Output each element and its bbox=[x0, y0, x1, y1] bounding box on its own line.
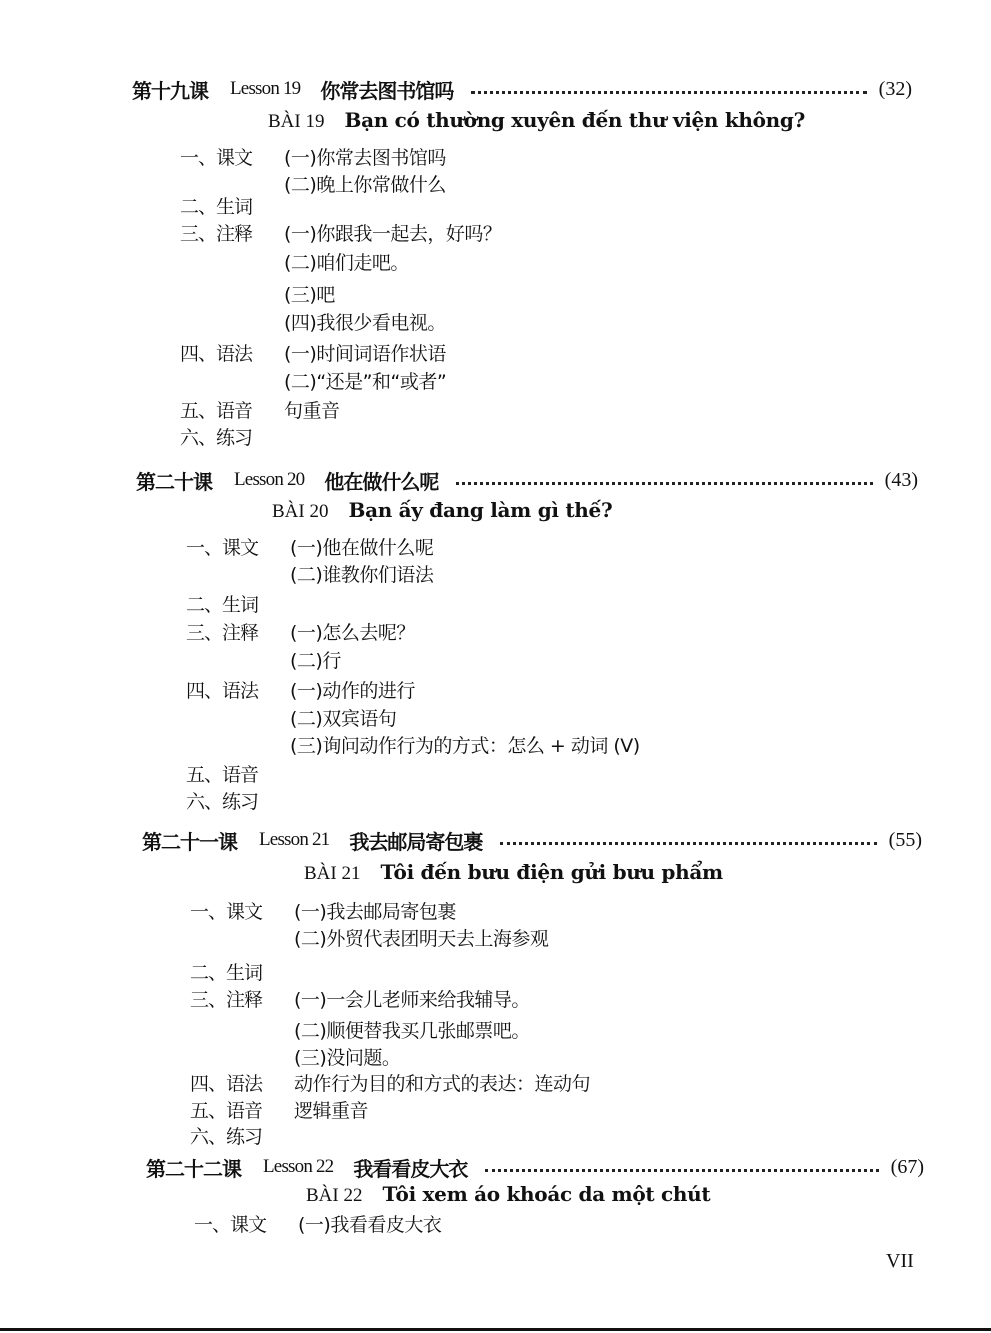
toc-row: (三)吧 bbox=[284, 280, 335, 307]
section-item: (一)动作的进行 bbox=[290, 676, 415, 703]
page-edge-border bbox=[0, 1328, 991, 1331]
toc-row: 三、注释(一)怎么去呢？ bbox=[186, 618, 415, 645]
toc-row: 一、课文(一)你常去图书馆吗 bbox=[180, 143, 446, 170]
page-number: VII bbox=[886, 1250, 914, 1273]
section-item: (一)你跟我一起去，好吗？ bbox=[284, 219, 501, 246]
lesson-heading[interactable]: 第二十一课 Lesson 21 我去邮局寄包裹 (55) bbox=[142, 825, 922, 855]
section-item: (一)一会儿老师来给我辅导。 bbox=[294, 985, 530, 1012]
dot-leader bbox=[471, 91, 866, 94]
dot-leader bbox=[456, 482, 872, 485]
section-label: 二、生词 bbox=[190, 958, 294, 985]
page-reference[interactable]: (32) bbox=[879, 78, 912, 101]
bai-label: BÀI 21 bbox=[304, 863, 360, 885]
toc-row: 四、语法动作行为目的和方式的表达：连动句 bbox=[190, 1069, 590, 1096]
toc-row: (二)咱们走吧。 bbox=[284, 248, 409, 275]
section-label: 六、练习 bbox=[186, 787, 290, 814]
bai-label: BÀI 20 bbox=[272, 501, 328, 523]
toc-row: 六、练习 bbox=[186, 787, 290, 814]
toc-row: (四)我很少看电视。 bbox=[284, 308, 446, 335]
toc-row: 五、语音逻辑重音 bbox=[190, 1096, 368, 1123]
toc-row: (三)询问动作行为的方式：怎么 + 动词 (V) bbox=[290, 731, 640, 758]
section-item: (一)他在做什么呢 bbox=[290, 533, 433, 560]
section-label: 一、课文 bbox=[194, 1210, 298, 1237]
bai-label: BÀI 22 bbox=[306, 1185, 362, 1207]
toc-row: (二)行 bbox=[290, 646, 341, 673]
section-label: 一、课文 bbox=[186, 533, 290, 560]
page-reference[interactable]: (55) bbox=[889, 829, 922, 852]
section-label: 五、语音 bbox=[190, 1096, 294, 1123]
lesson-label-en: Lesson 20 bbox=[234, 469, 304, 491]
section-label: 二、生词 bbox=[186, 590, 290, 617]
toc-row: (二)“还是”和“或者” bbox=[284, 367, 446, 394]
section-label: 六、练习 bbox=[180, 423, 284, 450]
section-label: 四、语法 bbox=[190, 1069, 294, 1096]
section-label: 一、课文 bbox=[190, 897, 294, 924]
page-reference[interactable]: (67) bbox=[891, 1156, 924, 1179]
lesson-number: 第二十课 bbox=[136, 466, 212, 495]
section-item: (二)双宾语句 bbox=[290, 704, 396, 731]
section-item: (二)谁教你们语法 bbox=[290, 560, 433, 587]
lesson-title-vi: Tôi xem áo khoác da một chút bbox=[382, 1182, 710, 1206]
section-item: (二)咱们走吧。 bbox=[284, 248, 409, 275]
toc-row: 三、注释(一)你跟我一起去，好吗？ bbox=[180, 219, 501, 246]
toc-row: (二)晚上你常做什么 bbox=[284, 170, 446, 197]
section-item: (三)没问题。 bbox=[294, 1043, 400, 1070]
section-item: (三)询问动作行为的方式：怎么 + 动词 (V) bbox=[290, 731, 640, 758]
section-item: (二)顺便替我买几张邮票吧。 bbox=[294, 1016, 530, 1043]
lesson-title-zh: 我看看皮大衣 bbox=[353, 1153, 467, 1182]
lesson-number: 第二十二课 bbox=[146, 1153, 241, 1182]
section-label: 三、注释 bbox=[186, 618, 290, 645]
lesson-title-zh: 他在做什么呢 bbox=[324, 466, 438, 495]
section-item: (二)行 bbox=[290, 646, 341, 673]
bai-label: BÀI 19 bbox=[268, 111, 324, 133]
lesson-title-vi: Bạn có thường xuyên đến thư viện không? bbox=[344, 108, 805, 132]
toc-row: 四、语法(一)动作的进行 bbox=[186, 676, 415, 703]
lesson-label-en: Lesson 22 bbox=[263, 1156, 333, 1178]
toc-row: 二、生词 bbox=[180, 192, 284, 219]
section-item: (一)怎么去呢？ bbox=[290, 618, 415, 645]
section-label: 二、生词 bbox=[180, 192, 284, 219]
section-item: (一)我去邮局寄包裹 bbox=[294, 897, 456, 924]
lesson-title-vi: Tôi đến bưu điện gửi bưu phẩm bbox=[380, 860, 722, 884]
section-item: (一)时间词语作状语 bbox=[284, 339, 446, 366]
section-item: (三)吧 bbox=[284, 280, 335, 307]
section-item: (一)我看看皮大衣 bbox=[298, 1210, 441, 1237]
section-item: (二)晚上你常做什么 bbox=[284, 170, 446, 197]
section-item: (四)我很少看电视。 bbox=[284, 308, 446, 335]
toc-row: (二)双宾语句 bbox=[290, 704, 396, 731]
toc-row: (二)谁教你们语法 bbox=[290, 560, 433, 587]
toc-row: 六、练习 bbox=[180, 423, 284, 450]
lesson-label-en: Lesson 21 bbox=[259, 829, 329, 851]
toc-row: 五、语音 bbox=[186, 760, 290, 787]
toc-row: 一、课文(一)我去邮局寄包裹 bbox=[190, 897, 456, 924]
lesson-number: 第十九课 bbox=[132, 75, 208, 104]
vietnamese-title-line: BÀI 22 Tôi xem áo khoác da một chút bbox=[306, 1182, 710, 1207]
section-label: 四、语法 bbox=[186, 676, 290, 703]
toc-row: (三)没问题。 bbox=[294, 1043, 400, 1070]
section-item: 句重音 bbox=[284, 396, 340, 423]
toc-row: 一、课文(一)他在做什么呢 bbox=[186, 533, 433, 560]
toc-row: 四、语法(一)时间词语作状语 bbox=[180, 339, 446, 366]
lesson-heading[interactable]: 第十九课 Lesson 19 你常去图书馆吗 (32) bbox=[132, 74, 912, 104]
section-item: 动作行为目的和方式的表达：连动句 bbox=[294, 1069, 590, 1096]
section-item: (二)外贸代表团明天去上海参观 bbox=[294, 924, 548, 951]
section-item: (二)“还是”和“或者” bbox=[284, 367, 446, 394]
dot-leader bbox=[500, 842, 876, 845]
page-reference[interactable]: (43) bbox=[885, 469, 918, 492]
section-label: 五、语音 bbox=[180, 396, 284, 423]
section-label: 一、课文 bbox=[180, 143, 284, 170]
lesson-number: 第二十一课 bbox=[142, 826, 237, 855]
toc-row: (二)外贸代表团明天去上海参观 bbox=[294, 924, 548, 951]
lesson-title-zh: 我去邮局寄包裹 bbox=[349, 826, 482, 855]
toc-row: 三、注释(一)一会儿老师来给我辅导。 bbox=[190, 985, 530, 1012]
section-item: (一)你常去图书馆吗 bbox=[284, 143, 446, 170]
section-label: 六、练习 bbox=[190, 1122, 294, 1149]
lesson-title-zh: 你常去图书馆吗 bbox=[320, 75, 453, 104]
lesson-heading[interactable]: 第二十二课 Lesson 22 我看看皮大衣 (67) bbox=[146, 1152, 924, 1182]
section-label: 五、语音 bbox=[186, 760, 290, 787]
section-item: 逻辑重音 bbox=[294, 1096, 368, 1123]
section-label: 三、注释 bbox=[180, 219, 284, 246]
toc-row: 一、课文(一)我看看皮大衣 bbox=[194, 1210, 441, 1237]
vietnamese-title-line: BÀI 20 Bạn ấy đang làm gì thế? bbox=[272, 498, 612, 523]
toc-row: 五、语音句重音 bbox=[180, 396, 340, 423]
lesson-label-en: Lesson 19 bbox=[230, 78, 300, 100]
vietnamese-title-line: BÀI 21 Tôi đến bưu điện gửi bưu phẩm bbox=[304, 860, 723, 885]
toc-row: 六、练习 bbox=[190, 1122, 294, 1149]
section-label: 四、语法 bbox=[180, 339, 284, 366]
section-label: 三、注释 bbox=[190, 985, 294, 1012]
vietnamese-title-line: BÀI 19 Bạn có thường xuyên đến thư viện … bbox=[268, 108, 805, 133]
lesson-heading[interactable]: 第二十课 Lesson 20 他在做什么呢 (43) bbox=[136, 465, 918, 495]
lesson-title-vi: Bạn ấy đang làm gì thế? bbox=[348, 498, 612, 522]
dot-leader bbox=[485, 1169, 878, 1172]
toc-row: 二、生词 bbox=[186, 590, 290, 617]
toc-row: (二)顺便替我买几张邮票吧。 bbox=[294, 1016, 530, 1043]
toc-row: 二、生词 bbox=[190, 958, 294, 985]
